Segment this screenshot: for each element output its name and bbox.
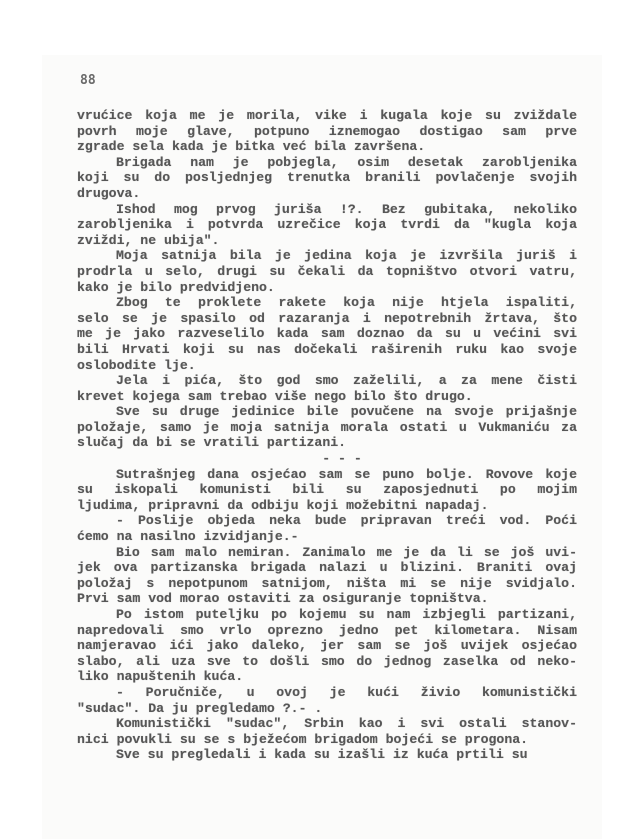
text-line: zviždi, ne ubija". — [77, 233, 577, 249]
text-line: bili Hrvati koji su nas dočekali raširen… — [77, 342, 577, 358]
text-line: Moja satnija bila je jedina koja je izvr… — [77, 248, 577, 264]
text-line: kako je bilo predvidjeno. — [77, 280, 577, 296]
text-line: zarobljenika i potvrda uzrečice koja tvr… — [77, 217, 577, 233]
text-line: "sudac". Da ju pregledamo ?.- . — [77, 701, 577, 717]
text-line: vrućice koja me je morila, vike i kugala… — [77, 108, 577, 124]
text-line: Sutrašnjeg dana osjećao sam se puno bolj… — [77, 467, 577, 483]
text-line: prodrla u selo, drugi su čekali da topni… — [77, 264, 577, 280]
text-line: slabo, ali uza sve to došli smo do jedno… — [77, 654, 577, 670]
text-line: položaj s nepotpunom satnijom, ništa mi … — [77, 576, 577, 592]
paragraph: Bio sam malo nemiran. Zanimalo me je da … — [77, 545, 577, 607]
text-line: položaje, samo je moja satnija morala os… — [77, 420, 577, 436]
text-line: Jela i pića, što god smo zaželili, a za … — [77, 373, 577, 389]
text-line: ljudima, pripravni da odbiju koji možebi… — [77, 498, 577, 514]
paragraph: Zbog te proklete rakete koja nije htjela… — [77, 295, 577, 373]
text-line: oslobodite lje. — [77, 358, 577, 374]
text-line: nici povukli su se s bježećom brigadom b… — [77, 732, 577, 748]
text-line: Sve su pregledali i kada su izašli iz ku… — [77, 747, 577, 763]
text-line: liko napuštenih kuća. — [77, 669, 577, 685]
text-line: drugova. — [77, 186, 577, 202]
text-line: ćemo na nasilno izvidjanje.- — [77, 529, 577, 545]
text-line: koji su do posljednjeg trenutka branili … — [77, 170, 577, 186]
text-line: Ishod mog prvog juriša !?. Bez gubitaka,… — [77, 202, 577, 218]
text-line: - Poslije objeda neka bude pripravan tre… — [77, 513, 577, 529]
paragraph: Komunistički "sudac", Srbin kao i svi os… — [77, 716, 577, 747]
paragraph: Brigada nam je pobjegla, osim desetak za… — [77, 155, 577, 202]
text-line: Zbog te proklete rakete koja nije htjela… — [77, 295, 577, 311]
paragraph: Sve su druge jedinice bile povučene na s… — [77, 404, 577, 451]
text-line: Sve su druge jedinice bile povučene na s… — [77, 404, 577, 420]
section-separator: - - - — [77, 451, 577, 467]
paragraph: Sutrašnjeg dana osjećao sam se puno bolj… — [77, 467, 577, 514]
text-line: - Poručniče, u ovoj je kući živio komuni… — [77, 685, 577, 701]
text-line: selo se je spasilo od razaranja i nepotr… — [77, 311, 577, 327]
paragraph: - Poručniče, u ovoj je kući živio komuni… — [77, 685, 577, 716]
text-line: me je jako razveselilo kada sam doznao d… — [77, 326, 577, 342]
paragraph: Ishod mog prvog juriša !?. Bez gubitaka,… — [77, 202, 577, 249]
text-line: Bio sam malo nemiran. Zanimalo me je da … — [77, 545, 577, 561]
paragraph: Sve su pregledali i kada su izašli iz ku… — [77, 747, 577, 763]
text-line: su iskopali komunisti bili su zaposjednu… — [77, 482, 577, 498]
text-line: napredovali smo vrlo oprezno jedno pet k… — [77, 623, 577, 639]
text-line: Komunistički "sudac", Srbin kao i svi os… — [77, 716, 577, 732]
paragraph: vrućice koja me je morila, vike i kugala… — [77, 108, 577, 155]
text-line: slučaj da bi se vratili partizani. — [77, 435, 577, 451]
paragraph: Po istom puteljku po kojemu su nam izbje… — [77, 607, 577, 685]
text-line: jek ova partizanska brigada nalazi u bli… — [77, 560, 577, 576]
paragraph: Moja satnija bila je jedina koja je izvr… — [77, 248, 577, 295]
text-line: namjeravao ići jako daleko, jer sam se j… — [77, 638, 577, 654]
text-line: Po istom puteljku po kojemu su nam izbje… — [77, 607, 577, 623]
paragraph: Jela i pića, što god smo zaželili, a za … — [77, 373, 577, 404]
page-number: 88 — [80, 73, 96, 88]
text-line: Brigada nam je pobjegla, osim desetak za… — [77, 155, 577, 171]
text-line: zgrade sela kada je bitka već bila završ… — [77, 139, 577, 155]
text-line: povrh moje glave, potpuno iznemogao dost… — [77, 124, 577, 140]
text-line: Prvi sam vod morao ostaviti za osiguranj… — [77, 591, 577, 607]
text-line: krevet kojega sam trebao više nego bilo … — [77, 389, 577, 405]
paragraph: - Poslije objeda neka bude pripravan tre… — [77, 513, 577, 544]
page-body-text: vrućice koja me je morila, vike i kugala… — [77, 108, 577, 763]
